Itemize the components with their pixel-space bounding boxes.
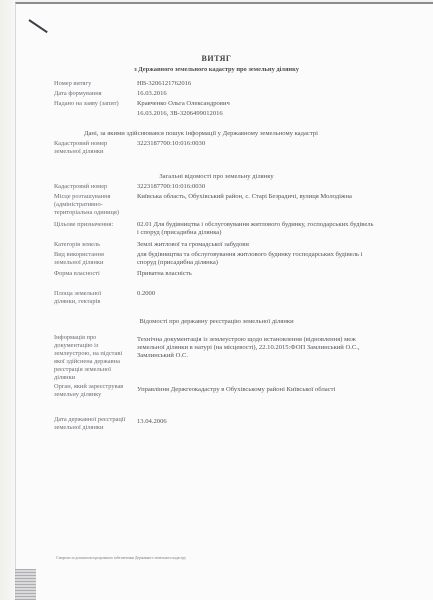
use-type-value: для будівництва та обслуговування житлов…: [137, 251, 377, 267]
search-cadastral-value: 3223187700:10:016:0030: [137, 140, 205, 148]
formation-date-value: 16.03.2016: [137, 90, 167, 98]
documentation-value: Технічна документація із землеустрою щод…: [137, 336, 377, 361]
area-label: Площа земельної ділянки, гектарів: [54, 290, 124, 306]
purpose-label: Цільове призначення:: [54, 221, 136, 229]
document-title: ВИТЯГ: [0, 54, 433, 63]
document-subtitle: з Державного земельного кадастру про зем…: [0, 66, 433, 73]
registering-body-value: Управління Держгеокадастру в Обухівськом…: [137, 386, 377, 394]
area-value: 0.2000: [137, 290, 155, 298]
scan-artifact: [15, 569, 36, 600]
search-section-heading: Дані, за якими здійснювався пошук інформ…: [84, 130, 404, 137]
location-value: Київська область, Обухівський район, с. …: [137, 193, 377, 201]
registration-date-value: 13.04.2006: [137, 418, 167, 426]
formation-date-label: Дата формування: [54, 90, 102, 98]
extract-number-label: Номер витягу: [54, 80, 91, 88]
request-date-number: 16.03.2016, ЗВ-3206499012016: [137, 110, 223, 118]
documentation-label: Інформація про документацію із землеустр…: [54, 334, 132, 381]
request-label: Надано на заяву (запит): [54, 100, 119, 108]
registering-body-label: Орган, який зареєстрував земельну ділянк…: [54, 383, 132, 399]
location-label: Місце розташування (адміністративно-тери…: [54, 193, 136, 217]
cadastral-number-label: Кадастровий номер: [54, 183, 134, 191]
use-type-label: Вид використання земельної ділянки: [54, 251, 124, 267]
search-cadastral-label: Кадастровий номер земельної ділянки: [54, 140, 132, 156]
ownership-value: Приватна власність: [137, 270, 377, 278]
scan-margin: [0, 0, 15, 600]
extract-number-value: НВ-3206121762016: [137, 80, 191, 88]
footer-note: Створено за допомогою програмного забезп…: [56, 556, 186, 560]
land-category-label: Категорія земель: [54, 241, 136, 249]
registration-section-heading: Відомості про державну реєстрацію земель…: [0, 318, 433, 325]
registration-date-label: Дата державної реєстрації земельної діля…: [54, 416, 128, 432]
purpose-value: 02.01 Для будівництва і обслуговування ж…: [137, 221, 377, 237]
general-section-heading: Загальні відомості про земельну ділянку: [0, 173, 433, 180]
ownership-label: Форма власності: [54, 270, 136, 278]
land-category-value: Землі житлової та громадської забудови: [137, 241, 377, 249]
request-applicant: Кравченко Ольга Олександрович: [137, 100, 230, 108]
cadastral-number-value: 3223187700:10:016:0030: [137, 183, 205, 191]
